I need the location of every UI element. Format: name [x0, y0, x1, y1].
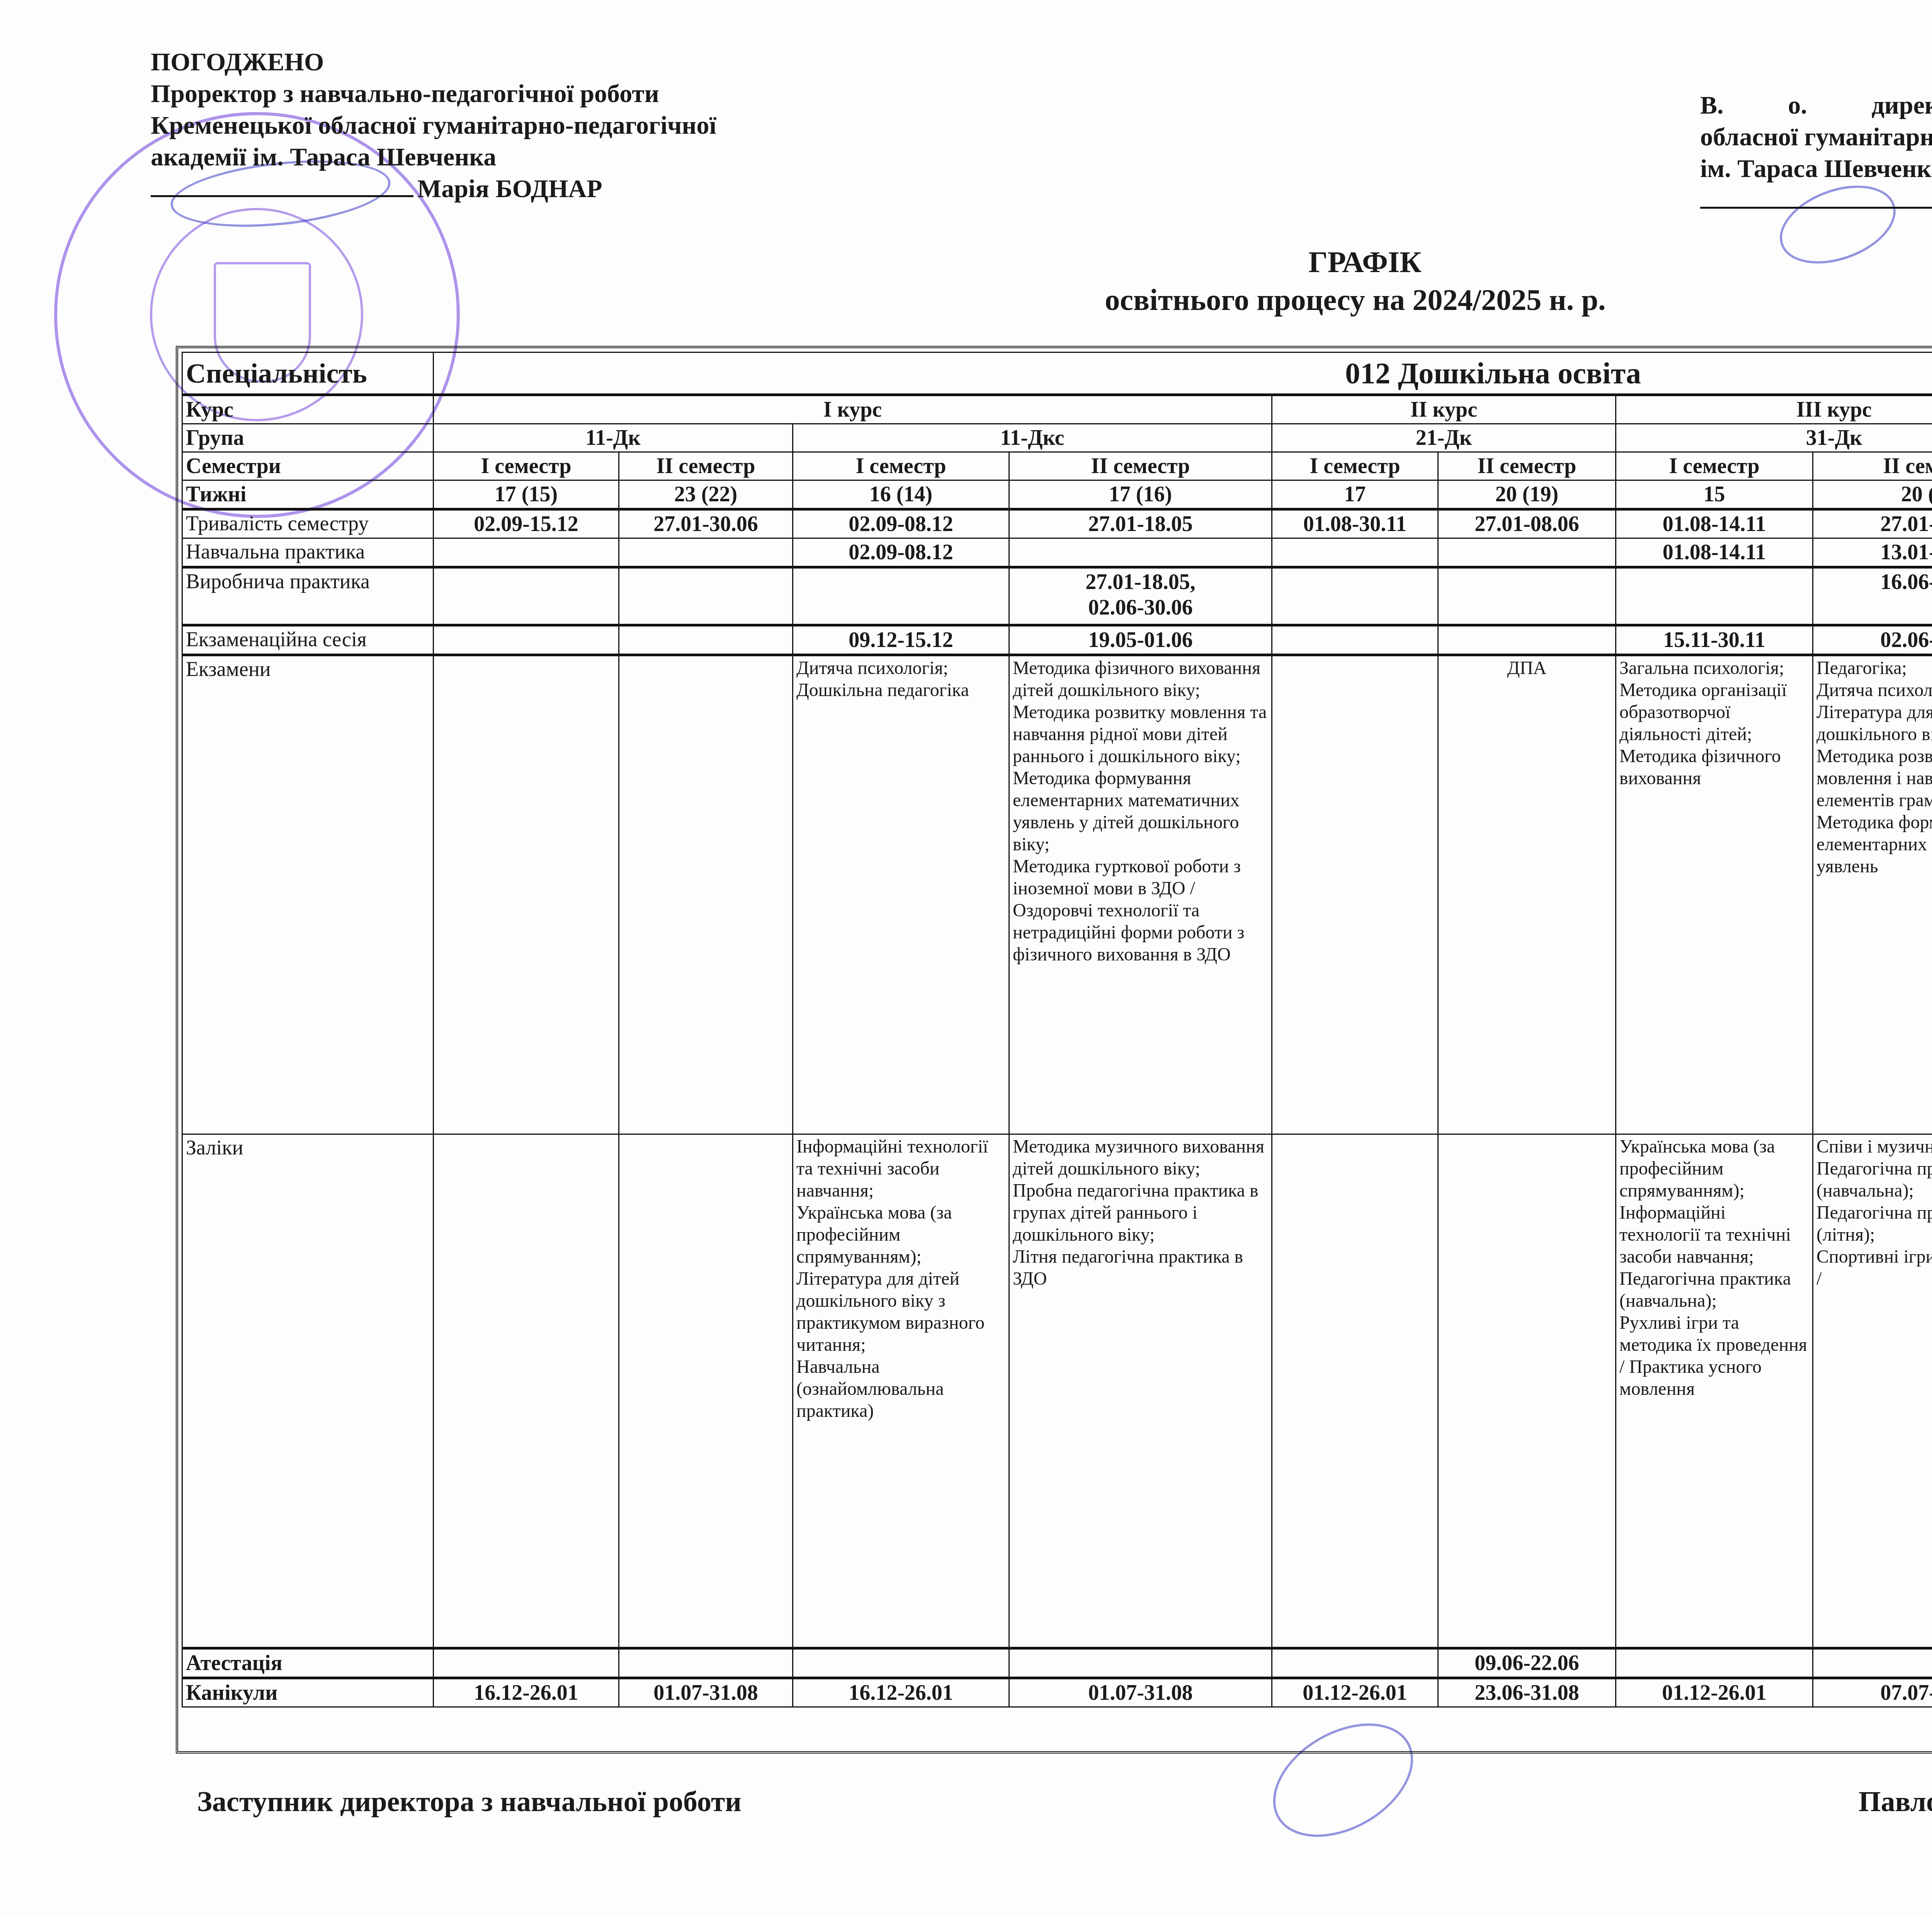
- work-practice-cell: [1438, 567, 1616, 625]
- semester-header: I семестр: [793, 452, 1009, 480]
- holidays-cell: 01.07-31.08: [1009, 1678, 1272, 1707]
- exams-cell: [1272, 655, 1438, 1134]
- approval-left-line: Кременецької обласної гуманітарно-педаго…: [151, 110, 923, 141]
- row-label-duration: Тривалість семестру: [182, 509, 434, 538]
- holidays-cell: 01.12-26.01: [1616, 1678, 1813, 1707]
- semester-header: II семестр: [1438, 452, 1616, 480]
- holidays-row: Канікули 16.12-26.01 01.07-31.08 16.12-2…: [182, 1678, 1932, 1707]
- exams-row: Екзамени Дитяча психологія; Дошкільна пе…: [182, 655, 1932, 1134]
- group-header: 11-Дкс: [793, 424, 1272, 452]
- attestation-cell: [1813, 1648, 1932, 1678]
- title-subtitle: освітнього процесу на 2024/2025 н. р.: [0, 281, 1932, 319]
- work-practice-cell: 16.06-06.07: [1813, 567, 1932, 625]
- row-label-semesters: Семестри: [182, 452, 434, 480]
- study-practice-cell: [1438, 538, 1616, 567]
- study-practice-cell: 02.09-08.12: [793, 538, 1009, 567]
- weeks-cell: 16 (14): [793, 480, 1009, 509]
- work-practice-cell: [1616, 567, 1813, 625]
- work-practice-cell: [793, 567, 1009, 625]
- document-title: ГРАФІК освітнього процесу на 2024/2025 н…: [0, 243, 1932, 319]
- credits-cell: Інформаційні технології та технічні засо…: [793, 1134, 1009, 1648]
- duration-cell: 02.09-15.12: [434, 509, 619, 538]
- weeks-cell: 17: [1272, 480, 1438, 509]
- semester-header: II семестр: [1009, 452, 1272, 480]
- attestation-cell: [1616, 1648, 1813, 1678]
- title-main: ГРАФІК: [0, 243, 1932, 281]
- weeks-cell: 20 (19): [1438, 480, 1616, 509]
- footer-position: Заступник директора з навчальної роботи: [197, 1786, 742, 1818]
- signature-line: [1700, 207, 1932, 209]
- credits-row: Заліки Інформаційні технології та техніч…: [182, 1134, 1932, 1648]
- study-practice-cell: 13.01-01.06: [1813, 538, 1932, 567]
- work-practice-cell: [619, 567, 793, 625]
- course-row: Курс I курс II курс III курс IV курс: [182, 395, 1932, 424]
- duration-cell: 27.01-30.06: [619, 509, 793, 538]
- approval-right-line: В. о. директора Фахового коледжу Кремене…: [1700, 90, 1932, 121]
- semester-header: I семестр: [1272, 452, 1438, 480]
- credits-cell: [434, 1134, 619, 1648]
- exam-session-cell: [1272, 625, 1438, 655]
- exam-session-cell: 19.05-01.06: [1009, 625, 1272, 655]
- semester-header: II семестр: [619, 452, 793, 480]
- exam-session-cell: 02.06-15.06: [1813, 625, 1932, 655]
- exam-session-cell: [1438, 625, 1616, 655]
- row-label-work-practice: Виробнича практика: [182, 567, 434, 625]
- exams-cell: ДПА: [1438, 655, 1616, 1134]
- footer-signatory: Павло ЯЛОВСЬКИЙ: [1859, 1786, 1932, 1818]
- approval-right-line: обласної гуманітарно-педагогічної академ…: [1700, 121, 1932, 153]
- holidays-cell: 16.12-26.01: [793, 1678, 1009, 1707]
- course-header: II курс: [1272, 395, 1616, 424]
- attestation-cell: [793, 1648, 1009, 1678]
- semesters-row: Семестри I семестр II семестр I семестр …: [182, 452, 1932, 480]
- attestation-cell: [1272, 1648, 1438, 1678]
- course-header: III курс: [1616, 395, 1932, 424]
- holidays-cell: 01.12-26.01: [1272, 1678, 1438, 1707]
- row-label-exams: Екзамени: [182, 655, 434, 1134]
- study-practice-cell: [434, 538, 619, 567]
- credits-cell: [619, 1134, 793, 1648]
- row-label-holidays: Канікули: [182, 1678, 434, 1707]
- schedule-table: Спеціальність 012 Дошкільна освіта Курс …: [182, 352, 1932, 1708]
- group-header: 11-Дк: [434, 424, 793, 452]
- approval-right-heading: ЗАТВЕРДЖУЮ: [1700, 58, 1932, 90]
- exam-session-cell: [619, 625, 793, 655]
- work-practice-cell: 27.01-18.05, 02.06-30.06: [1009, 567, 1272, 625]
- study-practice-cell: [1272, 538, 1438, 567]
- credits-cell: [1272, 1134, 1438, 1648]
- exams-cell: [434, 655, 619, 1134]
- weeks-cell: 17 (15): [434, 480, 619, 509]
- attestation-cell: 09.06-22.06: [1438, 1648, 1616, 1678]
- approval-left-line: академії ім. Тараса Шевченка: [151, 141, 923, 173]
- weeks-cell: 17 (16): [1009, 480, 1272, 509]
- work-practice-row: Виробнича практика 27.01-18.05, 02.06-30…: [182, 567, 1932, 625]
- group-header: 31-Дк: [1616, 424, 1932, 452]
- exams-cell: Дитяча психологія; Дошкільна педагогіка: [793, 655, 1009, 1134]
- exams-cell: [619, 655, 793, 1134]
- exam-session-cell: [434, 625, 619, 655]
- row-label-group: Група: [182, 424, 434, 452]
- duration-cell: 27.01-01.06: [1813, 509, 1932, 538]
- signature-line: [151, 195, 413, 197]
- credits-cell: [1438, 1134, 1616, 1648]
- row-label-study-practice: Навчальна практика: [182, 538, 434, 567]
- course-header: I курс: [434, 395, 1272, 424]
- duration-cell: 01.08-30.11: [1272, 509, 1438, 538]
- weeks-row: Тижні 17 (15) 23 (22) 16 (14) 17 (16) 17…: [182, 480, 1932, 509]
- credits-cell: Співи і музична література; Педагогічна …: [1813, 1134, 1932, 1648]
- approval-right-line: ім. Тараса Шевченка: [1700, 153, 1932, 185]
- holidays-cell: 07.07-31.08: [1813, 1678, 1932, 1707]
- weeks-cell: 23 (22): [619, 480, 793, 509]
- study-practice-row: Навчальна практика 02.09-08.12 01.08-14.…: [182, 538, 1932, 567]
- duration-cell: 02.09-08.12: [793, 509, 1009, 538]
- duration-cell: 01.08-14.11: [1616, 509, 1813, 538]
- exams-cell: Методика фізичного виховання дітей дошкі…: [1009, 655, 1272, 1134]
- holidays-cell: 16.12-26.01: [434, 1678, 619, 1707]
- row-label-attestation: Атестація: [182, 1648, 434, 1678]
- specialty-label: Спеціальність: [182, 352, 434, 395]
- attestation-cell: [434, 1648, 619, 1678]
- work-practice-cell: [1272, 567, 1438, 625]
- duration-cell: 27.01-18.05: [1009, 509, 1272, 538]
- duration-cell: 27.01-08.06: [1438, 509, 1616, 538]
- study-practice-cell: 01.08-14.11: [1616, 538, 1813, 567]
- credits-cell: Методика музичного виховання дітей дошкі…: [1009, 1134, 1272, 1648]
- weeks-cell: 15: [1616, 480, 1813, 509]
- holidays-cell: 23.06-31.08: [1438, 1678, 1616, 1707]
- holidays-cell: 01.07-31.08: [619, 1678, 793, 1707]
- specialty-value: 012 Дошкільна освіта: [434, 352, 1932, 395]
- credits-cell: Українська мова (за професійним спрямува…: [1616, 1134, 1813, 1648]
- study-practice-cell: [619, 538, 793, 567]
- approval-left-signatory: Марія БОДНАР: [417, 175, 602, 203]
- group-row: Група 11-Дк 11-Дкс 21-Дк 31-Дк 41-Дк: [182, 424, 1932, 452]
- approval-left-block: ПОГОДЖЕНО Проректор з навчально-педагогі…: [151, 46, 923, 205]
- row-label-course: Курс: [182, 395, 434, 424]
- group-header: 21-Дк: [1272, 424, 1616, 452]
- exams-cell: Загальна психологія; Методика організаці…: [1616, 655, 1813, 1134]
- study-practice-cell: [1009, 538, 1272, 567]
- work-practice-cell: [434, 567, 619, 625]
- row-label-credits: Заліки: [182, 1134, 434, 1648]
- semester-header: I семестр: [434, 452, 619, 480]
- attestation-row: Атестація 09.06-22.06 16.06-30.06: [182, 1648, 1932, 1678]
- exam-session-cell: 09.12-15.12: [793, 625, 1009, 655]
- approval-left-line: Проректор з навчально-педагогічної робот…: [151, 78, 923, 110]
- attestation-cell: [619, 1648, 793, 1678]
- attestation-cell: [1009, 1648, 1272, 1678]
- approval-left-heading: ПОГОДЖЕНО: [151, 46, 923, 78]
- document-page: ПОГОДЖЕНО Проректор з навчально-педагогі…: [0, 0, 1932, 1917]
- exam-session-row: Екзаменаційна сесія 09.12-15.12 19.05-01…: [182, 625, 1932, 655]
- exam-session-cell: 15.11-30.11: [1616, 625, 1813, 655]
- semester-header: II семестр: [1813, 452, 1932, 480]
- exams-cell: Педагогіка; Дитяча психологія; Літератур…: [1813, 655, 1932, 1134]
- row-label-exam-session: Екзаменаційна сесія: [182, 625, 434, 655]
- semester-header: I семестр: [1616, 452, 1813, 480]
- duration-row: Тривалість семестру 02.09-15.12 27.01-30…: [182, 509, 1932, 538]
- approval-right-block: ЗАТВЕРДЖУЮ В. о. директора Фахового коле…: [1700, 58, 1932, 216]
- weeks-cell: 20 (18): [1813, 480, 1932, 509]
- row-label-weeks: Тижні: [182, 480, 434, 509]
- specialty-row: Спеціальність 012 Дошкільна освіта: [182, 352, 1932, 395]
